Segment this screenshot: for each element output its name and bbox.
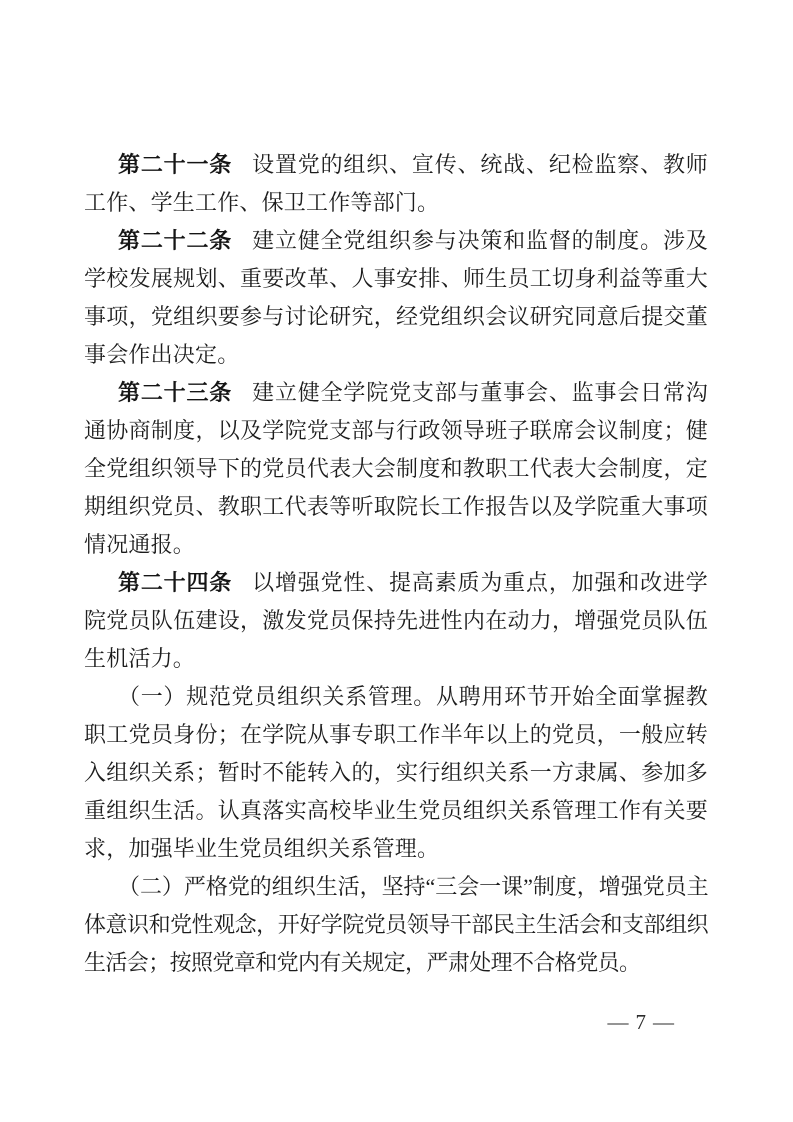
article-number: 第二十四条	[118, 570, 232, 595]
paragraph-text: （二）严格党的组织生活，坚持“三会一课”制度，增强党员主体意识和党性观念，开好学…	[84, 874, 708, 975]
article-number: 第二十三条	[118, 380, 232, 405]
article-paragraph: 第二十四条以增强党性、提高素质为重点，加强和改进学院党员队伍建设，激发党员保持先…	[84, 564, 708, 678]
article-paragraph: 第二十一条设置党的组织、宣传、统战、纪检监察、教师工作、学生工作、保卫工作等部门…	[84, 146, 708, 222]
paragraph-text: （一）规范党员组织关系管理。从聘用环节开始全面掌握教职工党员身份；在学院从事专职…	[84, 684, 708, 861]
footer-dash-right: —	[653, 1010, 674, 1035]
document-body: 第二十一条设置党的组织、宣传、统战、纪检监察、教师工作、学生工作、保卫工作等部门…	[84, 146, 708, 982]
document-page: 第二十一条设置党的组织、宣传、统战、纪检监察、教师工作、学生工作、保卫工作等部门…	[0, 0, 793, 1122]
article-paragraph: 第二十二条建立健全党组织参与决策和监督的制度。涉及学校发展规划、重要改革、人事安…	[84, 222, 708, 374]
footer-dash-left: —	[608, 1010, 629, 1035]
paragraph-text: 建立健全学院党支部与董事会、监事会日常沟通协商制度，以及学院党支部与行政领导班子…	[84, 380, 708, 557]
clause-paragraph: （一）规范党员组织关系管理。从聘用环节开始全面掌握教职工党员身份；在学院从事专职…	[84, 678, 708, 868]
article-number: 第二十一条	[118, 152, 232, 177]
article-number: 第二十二条	[118, 228, 232, 253]
page-number: 7	[636, 1010, 647, 1034]
clause-paragraph: （二）严格党的组织生活，坚持“三会一课”制度，增强党员主体意识和党性观念，开好学…	[84, 868, 708, 982]
article-paragraph: 第二十三条建立健全学院党支部与董事会、监事会日常沟通协商制度，以及学院党支部与行…	[84, 374, 708, 564]
page-footer: —7—	[601, 1010, 682, 1035]
